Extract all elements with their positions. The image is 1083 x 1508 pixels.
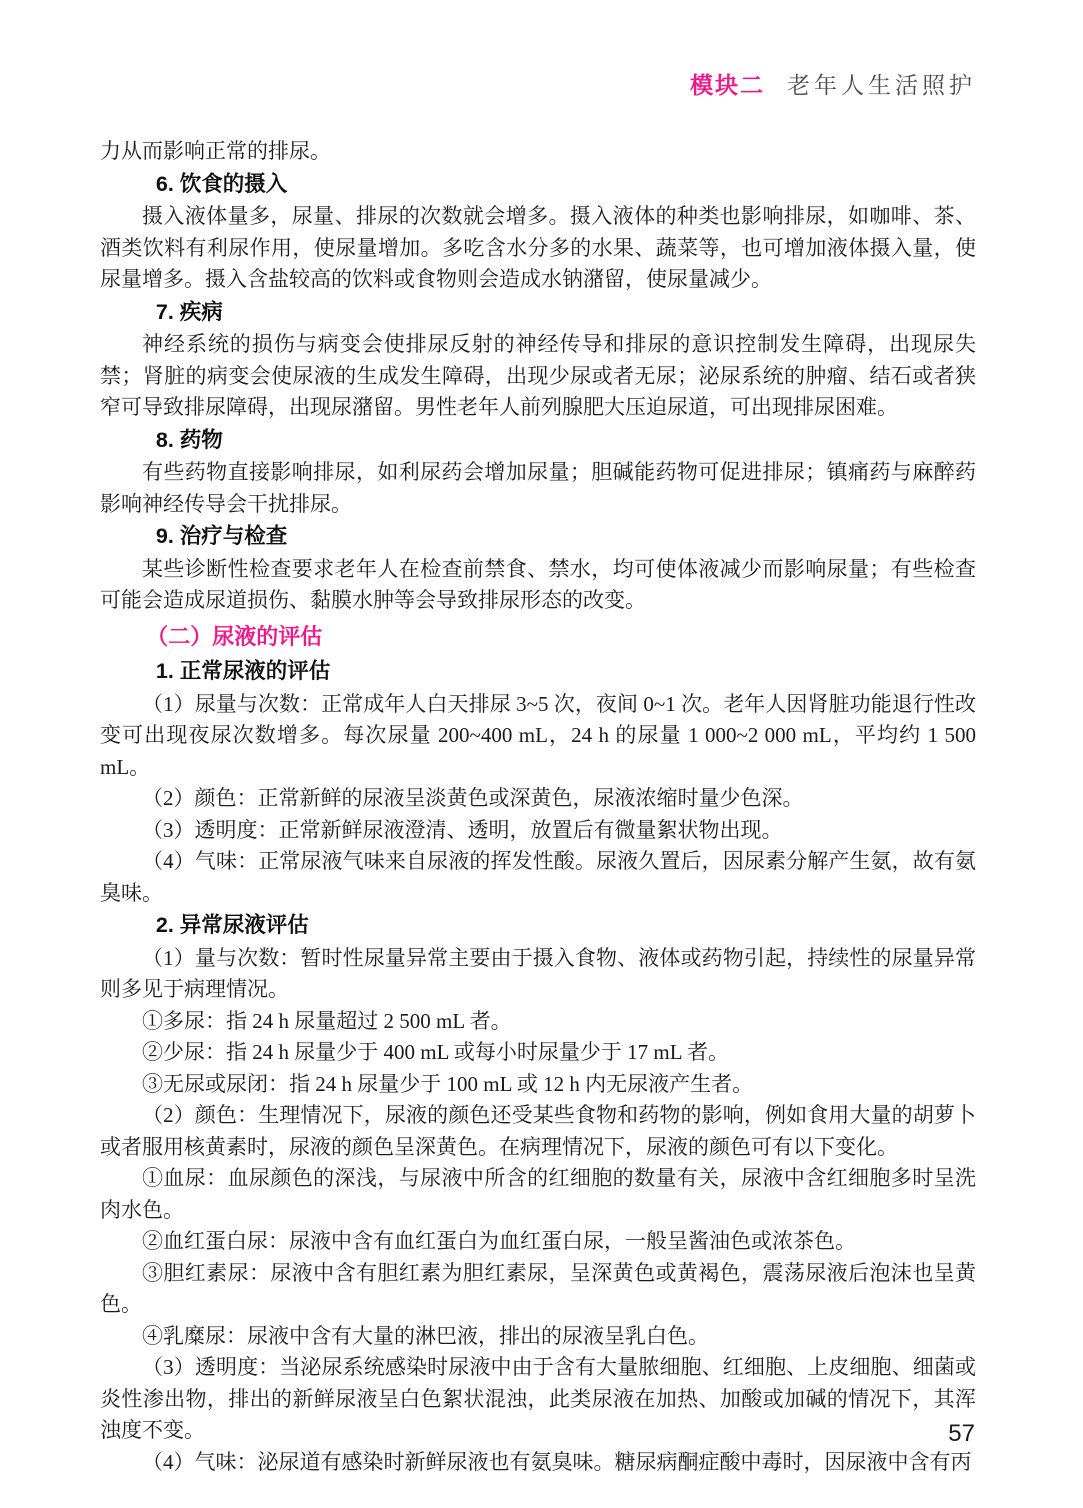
subsection-heading-disease: 7. 疾病 [100,297,976,329]
subsection-heading-normal-urine: 1. 正常尿液的评估 [100,656,976,688]
section-heading-urine-assessment: （二）尿液的评估 [100,621,976,653]
page-header: 模块二老年人生活照护 [100,70,976,100]
paragraph: （2）颜色：生理情况下，尿液的颜色还受某些食物和药物的影响，例如食用大量的胡萝卜… [100,1100,976,1163]
list-item-hemoglobinuria: ②血红蛋白尿：尿液中含有血红蛋白为血红蛋白尿，一般呈酱油色或浓茶色。 [100,1226,976,1258]
paragraph: 神经系统的损伤与病变会使排尿反射的神经传导和排尿的意识控制发生障碍，出现尿失禁；… [100,329,976,424]
paragraph: 有些药物直接影响排尿，如利尿药会增加尿量；胆碱能药物可促进排尿；镇痛药与麻醉药影… [100,457,976,520]
subsection-heading-treatment-exam: 9. 治疗与检查 [100,521,976,553]
book-page: 模块二老年人生活照护 力从而影响正常的排尿。 6. 饮食的摄入 摄入液体量多，尿… [0,0,1083,1508]
paragraph: （4）气味：泌尿道有感染时新鲜尿液也有氨臭味。糖尿病酮症酸中毒时，因尿液中含有丙 [100,1447,976,1479]
list-item-polyuria: ①多尿：指 24 h 尿量超过 2 500 mL 者。 [100,1006,976,1038]
page-content: 力从而影响正常的排尿。 6. 饮食的摄入 摄入液体量多，尿量、排尿的次数就会增多… [100,136,976,1478]
paragraph: （4）气味：正常尿液气味来自尿液的挥发性酸。尿液久置后，因尿素分解产生氨，故有氨… [100,846,976,909]
list-item-bilirubinuria: ③胆红素尿：尿液中含有胆红素为胆红素尿，呈深黄色或黄褐色，震荡尿液后泡沫也呈黄色… [100,1258,976,1321]
paragraph: （3）透明度：当泌尿系统感染时尿液中由于含有大量脓细胞、红细胞、上皮细胞、细菌或… [100,1352,976,1447]
paragraph: （1）尿量与次数：正常成年人白天排尿 3~5 次，夜间 0~1 次。老年人因肾脏… [100,689,976,784]
paragraph: 某些诊断性检查要求老年人在检查前禁食、禁水，均可使体液减少而影响尿量；有些检查可… [100,554,976,617]
paragraph: （1）量与次数：暂时性尿量异常主要由于摄入食物、液体或药物引起，持续性的尿量异常… [100,943,976,1006]
subsection-heading-medication: 8. 药物 [100,425,976,457]
page-number: 57 [948,1420,975,1448]
paragraph: 摄入液体量多，尿量、排尿的次数就会增多。摄入液体的种类也影响排尿，如咖啡、茶、酒… [100,201,976,296]
list-item-chyluria: ④乳糜尿：尿液中含有大量的淋巴液，排出的尿液呈乳白色。 [100,1321,976,1353]
module-badge: 模块二 [690,72,765,98]
list-item-oliguria: ②少尿：指 24 h 尿量少于 400 mL 或每小时尿量少于 17 mL 者。 [100,1037,976,1069]
paragraph: （3）透明度：正常新鲜尿液澄清、透明，放置后有微量絮状物出现。 [100,815,976,847]
paragraph-continuation: 力从而影响正常的排尿。 [100,136,976,168]
paragraph: （2）颜色：正常新鲜的尿液呈淡黄色或深黄色，尿液浓缩时量少色深。 [100,783,976,815]
list-item-anuria: ③无尿或尿闭：指 24 h 尿量少于 100 mL 或 12 h 内无尿液产生者… [100,1069,976,1101]
subsection-heading-diet-intake: 6. 饮食的摄入 [100,169,976,201]
subsection-heading-abnormal-urine: 2. 异常尿液评估 [100,910,976,942]
module-title: 老年人生活照护 [787,72,976,98]
list-item-hematuria: ①血尿：血尿颜色的深浅，与尿液中所含的红细胞的数量有关，尿液中含红细胞多时呈洗肉… [100,1163,976,1226]
